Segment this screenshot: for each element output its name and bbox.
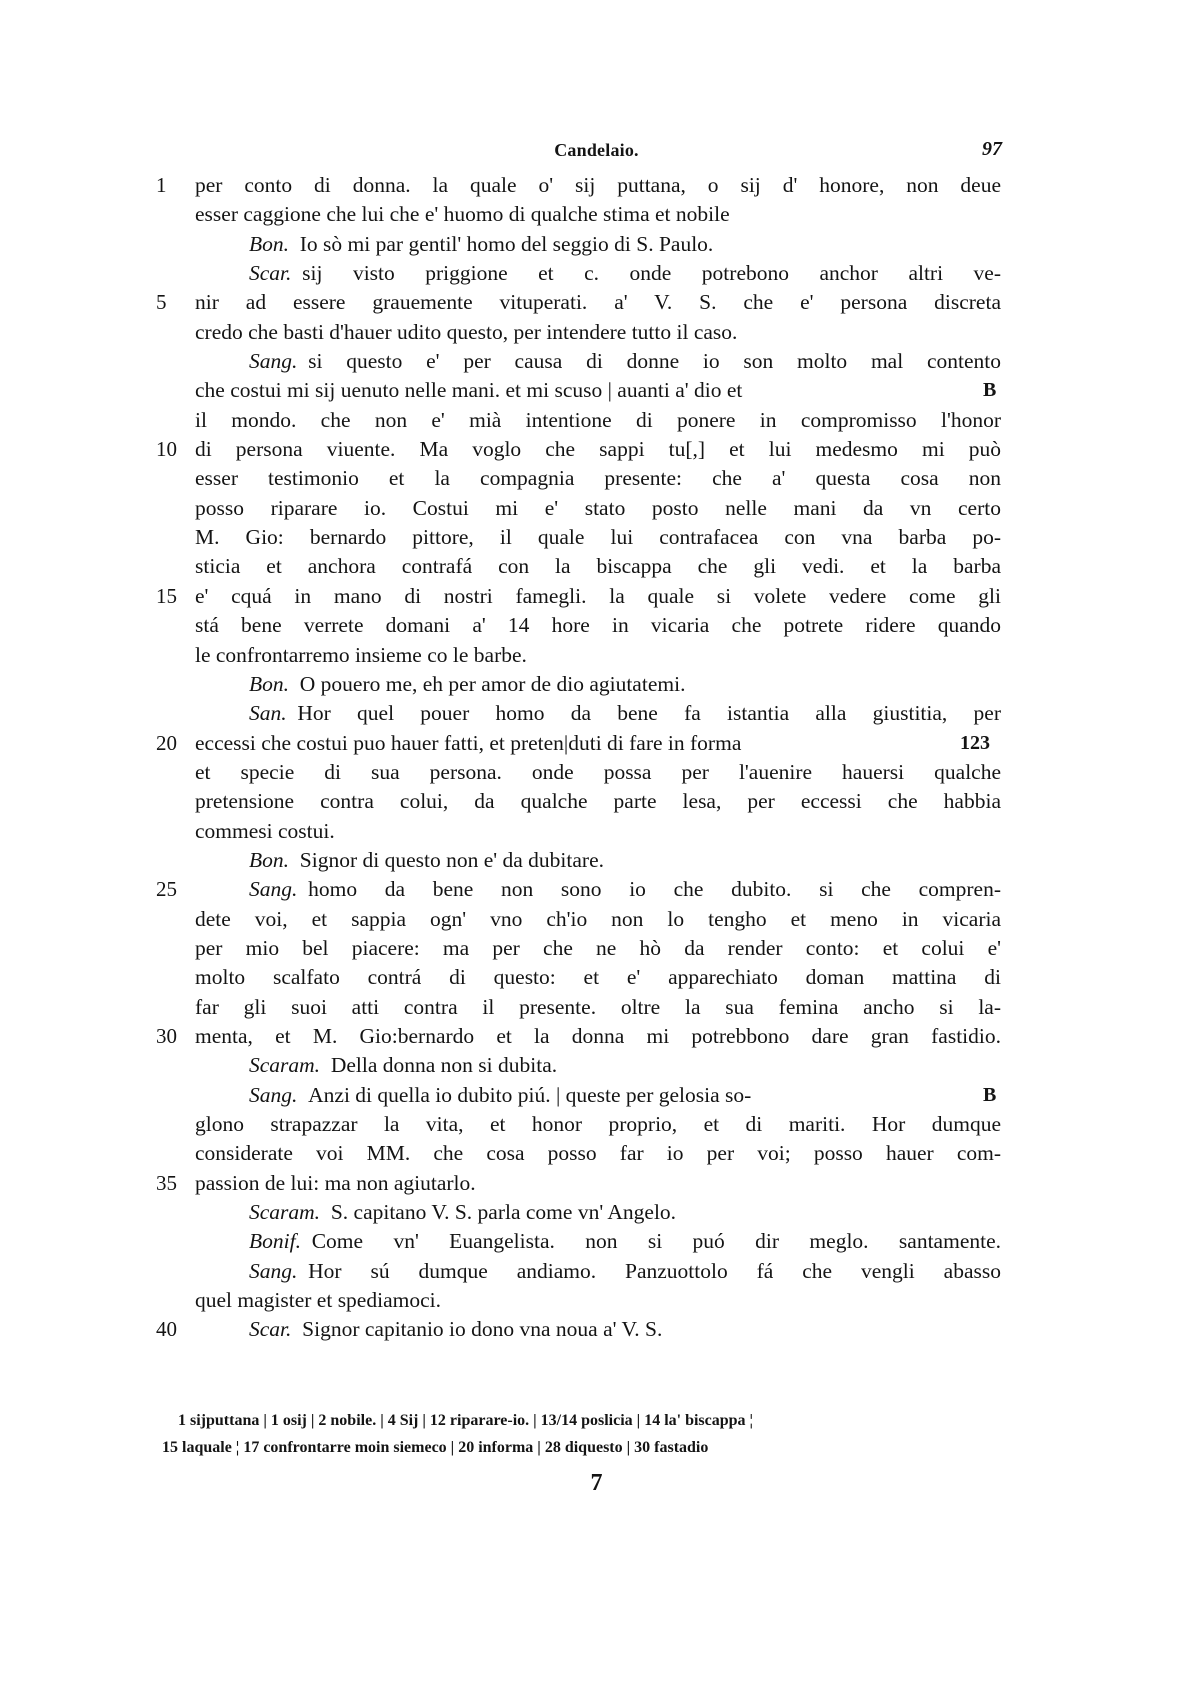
- text-line: sticia et anchora contrafá con la biscap…: [0, 552, 1193, 581]
- line-text: molto scalfato contrá di questo: et e' a…: [195, 963, 1001, 992]
- line-text: Scaram. Della donna non si dubita.: [249, 1051, 1001, 1080]
- line-number: 10: [156, 435, 186, 464]
- text-line: far gli suoi atti contra il presente. ol…: [0, 993, 1193, 1022]
- text-line: 40Scar. Signor capitanio io dono vna nou…: [0, 1315, 1193, 1344]
- footnote-line: 1 sijputtana | 1 osij | 2 nobile. | 4 Si…: [178, 1407, 1008, 1434]
- dialogue-text: eccessi che costui puo hauer fatti, et p…: [195, 731, 741, 755]
- dialogue-text: et specie di sua persona. onde possa per…: [195, 760, 1001, 784]
- text-line: glono strapazzar la vita, et honor propr…: [0, 1110, 1193, 1139]
- line-text: di persona viuente. Ma voglo che sappi t…: [195, 435, 1001, 464]
- line-text: Scaram. S. capitano V. S. parla come vn'…: [249, 1198, 1001, 1227]
- dialogue-text: sij visto priggione et c. onde potrebono…: [302, 261, 1001, 285]
- dialogue-text: il mondo. che non e' mià intentione di p…: [195, 408, 1001, 432]
- text-line: dete voi, et sappia ogn' vno ch'io non l…: [0, 905, 1193, 934]
- dialogue-text: Signor di questo non e' da dubitare.: [300, 848, 604, 872]
- dialogue-text: Signor capitanio io dono vna noua a' V. …: [302, 1317, 662, 1341]
- speaker-label: Scar.: [249, 261, 291, 285]
- line-number: 25: [156, 875, 186, 904]
- dialogue-text: per mio bel piacere: ma per che ne hò da…: [195, 936, 1001, 960]
- document-page: Candelaio. 97 1per conto di donna. la qu…: [0, 0, 1193, 1688]
- line-text: le confrontarremo insieme co le barbe.: [195, 641, 1001, 670]
- speaker-label: Bonif.: [249, 1229, 301, 1253]
- dialogue-text: sticia et anchora contrafá con la biscap…: [195, 554, 1001, 578]
- line-text: posso riparare io. Costui mi e' stato po…: [195, 494, 1001, 523]
- text-line: 5nir ad essere grauemente vituperati. a'…: [0, 288, 1193, 317]
- dialogue-text: esser caggione che lui che e' huomo di q…: [195, 202, 730, 226]
- signature-mark: 7: [0, 1470, 1193, 1497]
- line-text: Scar. sij visto priggione et c. onde pot…: [249, 259, 1001, 288]
- text-line: et specie di sua persona. onde possa per…: [0, 758, 1193, 787]
- text-line: 15e' cquá in mano di nostri famegli. la …: [0, 582, 1193, 611]
- dialogue-text: commesi costui.: [195, 819, 335, 843]
- line-text: sticia et anchora contrafá con la biscap…: [195, 552, 1001, 581]
- dialogue-text: di persona viuente. Ma voglo che sappi t…: [195, 437, 1001, 461]
- dialogue-text: che costui mi sij uenuto nelle mani. et …: [195, 378, 742, 402]
- dialogue-text: glono strapazzar la vita, et honor propr…: [195, 1112, 1001, 1136]
- dialogue-text: esser testimonio et la compagnia present…: [195, 466, 1001, 490]
- dialogue-text: S. capitano V. S. parla come vn' Angelo.: [331, 1200, 676, 1224]
- text-line: il mondo. che non e' mià intentione di p…: [0, 406, 1193, 435]
- margin-reference: 123: [960, 729, 990, 758]
- text-line: 1per conto di donna. la quale o' sij put…: [0, 171, 1193, 200]
- speaker-label: San.: [249, 701, 287, 725]
- line-text: che costui mi sij uenuto nelle mani. et …: [195, 376, 1001, 405]
- line-text: commesi costui.: [195, 817, 1001, 846]
- text-line: San. Hor quel pouer homo da bene fa ista…: [0, 699, 1193, 728]
- speaker-label: Scar.: [249, 1317, 291, 1341]
- text-line: esser caggione che lui che e' huomo di q…: [0, 200, 1193, 229]
- line-text: e' cquá in mano di nostri famegli. la qu…: [195, 582, 1001, 611]
- text-line: Bon. O pouero me, eh per amor de dio agi…: [0, 670, 1193, 699]
- speaker-label: Sang.: [249, 349, 297, 373]
- line-text: Sang. si questo e' per causa di donne io…: [249, 347, 1001, 376]
- page-number: 97: [982, 138, 1002, 161]
- text-line: le confrontarremo insieme co le barbe.: [0, 641, 1193, 670]
- line-number: 40: [156, 1315, 186, 1344]
- line-text: far gli suoi atti contra il presente. ol…: [195, 993, 1001, 1022]
- speaker-label: Sang.: [249, 1083, 297, 1107]
- line-text: Sang. Hor sú dumque andiamo. Panzuottolo…: [249, 1257, 1001, 1286]
- dialogue-text: per conto di donna. la quale o' sij putt…: [195, 173, 1001, 197]
- line-number: 35: [156, 1169, 186, 1198]
- line-text: M. Gio: bernardo pittore, il quale lui c…: [195, 523, 1001, 552]
- footnotes: 1 sijputtana | 1 osij | 2 nobile. | 4 Si…: [178, 1407, 1008, 1461]
- line-number: 5: [156, 288, 186, 317]
- dialogue-text: Io sò mi par gentil' homo del seggio di …: [300, 232, 714, 256]
- text-line: esser testimonio et la compagnia present…: [0, 464, 1193, 493]
- dialogue-text: Anzi di quella io dubito piú. | queste p…: [308, 1083, 751, 1107]
- text-line: Sang. si questo e' per causa di donne io…: [0, 347, 1193, 376]
- dialogue-text: stá bene verrete domani a' 14 hore in vi…: [195, 613, 1001, 637]
- line-number: 30: [156, 1022, 186, 1051]
- speaker-label: Scaram.: [249, 1053, 320, 1077]
- text-line: credo che basti d'hauer udito questo, pe…: [0, 318, 1193, 347]
- dialogue-text: M. Gio: bernardo pittore, il quale lui c…: [195, 525, 1001, 549]
- line-text: considerate voi MM. che cosa posso far i…: [195, 1139, 1001, 1168]
- line-text: passion de lui: ma non agiutarlo.: [195, 1169, 1001, 1198]
- dialogue-text: quel magister et spediamoci.: [195, 1288, 441, 1312]
- line-text: Bon. Signor di questo non e' da dubitare…: [249, 846, 1001, 875]
- dialogue-text: passion de lui: ma non agiutarlo.: [195, 1171, 476, 1195]
- dialogue-text: Hor sú dumque andiamo. Panzuottolo fá ch…: [308, 1259, 1001, 1283]
- dialogue-text: pretensione contra colui, da qualche par…: [195, 789, 1001, 813]
- line-text: nir ad essere grauemente vituperati. a' …: [195, 288, 1001, 317]
- text-line: molto scalfato contrá di questo: et e' a…: [0, 963, 1193, 992]
- line-text: esser testimonio et la compagnia present…: [195, 464, 1001, 493]
- text-line: Bon. Signor di questo non e' da dubitare…: [0, 846, 1193, 875]
- text-line: commesi costui.: [0, 817, 1193, 846]
- line-text: pretensione contra colui, da qualche par…: [195, 787, 1001, 816]
- line-number: 20: [156, 729, 186, 758]
- line-text: glono strapazzar la vita, et honor propr…: [195, 1110, 1001, 1139]
- speaker-label: Sang.: [249, 1259, 297, 1283]
- dialogue-text: molto scalfato contrá di questo: et e' a…: [195, 965, 1001, 989]
- dialogue-text: considerate voi MM. che cosa posso far i…: [195, 1141, 1001, 1165]
- dialogue-text: posso riparare io. Costui mi e' stato po…: [195, 496, 1001, 520]
- text-line: che costui mi sij uenuto nelle mani. et …: [0, 376, 1193, 405]
- speaker-label: Bon.: [249, 848, 289, 872]
- line-text: Bon. Io sò mi par gentil' homo del seggi…: [249, 230, 1001, 259]
- text-body: 1per conto di donna. la quale o' sij put…: [0, 171, 1193, 1345]
- line-number: 1: [156, 171, 186, 200]
- line-text: per conto di donna. la quale o' sij putt…: [195, 171, 1001, 200]
- dialogue-text: far gli suoi atti contra il presente. ol…: [195, 995, 1001, 1019]
- text-line: Sang. Anzi di quella io dubito piú. | qu…: [0, 1081, 1193, 1110]
- text-line: stá bene verrete domani a' 14 hore in vi…: [0, 611, 1193, 640]
- text-line: Scaram. Della donna non si dubita.: [0, 1051, 1193, 1080]
- dialogue-text: e' cquá in mano di nostri famegli. la qu…: [195, 584, 1001, 608]
- line-text: dete voi, et sappia ogn' vno ch'io non l…: [195, 905, 1001, 934]
- line-text: per mio bel piacere: ma per che ne hò da…: [195, 934, 1001, 963]
- line-text: San. Hor quel pouer homo da bene fa ista…: [249, 699, 1001, 728]
- margin-reference: B: [983, 1081, 996, 1110]
- footnote-line: 15 laquale ¦ 17 confrontarre moin siemec…: [162, 1434, 1008, 1461]
- text-line: posso riparare io. Costui mi e' stato po…: [0, 494, 1193, 523]
- text-line: Scar. sij visto priggione et c. onde pot…: [0, 259, 1193, 288]
- line-text: il mondo. che non e' mià intentione di p…: [195, 406, 1001, 435]
- dialogue-text: Della donna non si dubita.: [331, 1053, 557, 1077]
- text-line: 35passion de lui: ma non agiutarlo.: [0, 1169, 1193, 1198]
- dialogue-text: dete voi, et sappia ogn' vno ch'io non l…: [195, 907, 1001, 931]
- margin-reference: B: [983, 376, 996, 405]
- line-text: eccessi che costui puo hauer fatti, et p…: [195, 729, 1001, 758]
- text-line: Bonif. Come vn' Euangelista. non si puó …: [0, 1227, 1193, 1256]
- line-text: Sang. homo da bene non sono io che dubit…: [249, 875, 1001, 904]
- dialogue-text: Hor quel pouer homo da bene fa istantia …: [297, 701, 1001, 725]
- text-line: 20eccessi che costui puo hauer fatti, et…: [0, 729, 1193, 758]
- dialogue-text: O pouero me, eh per amor de dio agiutate…: [300, 672, 686, 696]
- text-line: 30menta, et M. Gio:bernardo et la donna …: [0, 1022, 1193, 1051]
- dialogue-text: si questo e' per causa di donne io son m…: [308, 349, 1001, 373]
- line-text: Bonif. Come vn' Euangelista. non si puó …: [249, 1227, 1001, 1256]
- line-text: quel magister et spediamoci.: [195, 1286, 1001, 1315]
- text-line: 25Sang. homo da bene non sono io che dub…: [0, 875, 1193, 904]
- line-text: stá bene verrete domani a' 14 hore in vi…: [195, 611, 1001, 640]
- text-line: pretensione contra colui, da qualche par…: [0, 787, 1193, 816]
- speaker-label: Scaram.: [249, 1200, 320, 1224]
- line-text: credo che basti d'hauer udito questo, pe…: [195, 318, 1001, 347]
- dialogue-text: credo che basti d'hauer udito questo, pe…: [195, 320, 737, 344]
- line-text: Sang. Anzi di quella io dubito piú. | qu…: [249, 1081, 1001, 1110]
- text-line: 10di persona viuente. Ma voglo che sappi…: [0, 435, 1193, 464]
- dialogue-text: le confrontarremo insieme co le barbe.: [195, 643, 527, 667]
- line-text: et specie di sua persona. onde possa per…: [195, 758, 1001, 787]
- line-text: esser caggione che lui che e' huomo di q…: [195, 200, 1001, 229]
- running-title: Candelaio.: [0, 140, 1193, 161]
- text-line: per mio bel piacere: ma per che ne hò da…: [0, 934, 1193, 963]
- text-line: Bon. Io sò mi par gentil' homo del seggi…: [0, 230, 1193, 259]
- text-line: M. Gio: bernardo pittore, il quale lui c…: [0, 523, 1193, 552]
- speaker-label: Sang.: [249, 877, 297, 901]
- line-text: Scar. Signor capitanio io dono vna noua …: [249, 1315, 1001, 1344]
- text-line: Sang. Hor sú dumque andiamo. Panzuottolo…: [0, 1257, 1193, 1286]
- text-line: quel magister et spediamoci.: [0, 1286, 1193, 1315]
- text-line: Scaram. S. capitano V. S. parla come vn'…: [0, 1198, 1193, 1227]
- dialogue-text: Come vn' Euangelista. non si puó dir meg…: [312, 1229, 1001, 1253]
- line-number: 15: [156, 582, 186, 611]
- line-text: menta, et M. Gio:bernardo et la donna mi…: [195, 1022, 1001, 1051]
- speaker-label: Bon.: [249, 672, 289, 696]
- line-text: Bon. O pouero me, eh per amor de dio agi…: [249, 670, 1001, 699]
- dialogue-text: homo da bene non sono io che dubito. si …: [308, 877, 1001, 901]
- dialogue-text: menta, et M. Gio:bernardo et la donna mi…: [195, 1024, 1001, 1048]
- dialogue-text: nir ad essere grauemente vituperati. a' …: [195, 290, 1001, 314]
- text-line: considerate voi MM. che cosa posso far i…: [0, 1139, 1193, 1168]
- speaker-label: Bon.: [249, 232, 289, 256]
